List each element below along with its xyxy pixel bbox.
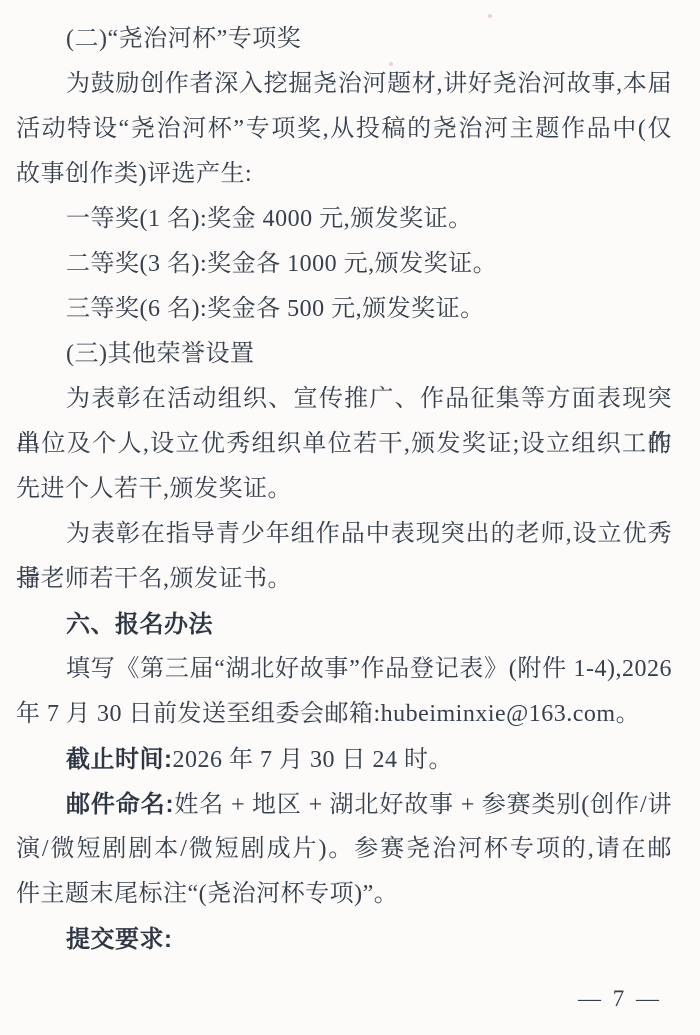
scan-speck [389,62,393,66]
text-segment: 为鼓励创作者深入挖掘尧治河题材,讲好尧治河故事,本届 [66,71,672,97]
text-segment: 二等奖(3 名):奖金各 1000 元,颁发奖证。 [66,251,497,277]
text-segment: 导老师若干名,颁发证书。 [16,566,292,592]
text-line: 一等奖(1 名):奖金 4000 元,颁发奖证。 [16,197,672,242]
text-segment: 故事创作类)评选产生: [16,161,252,187]
scan-speck [488,14,492,18]
document-page: (二)“尧治河杯”专项奖为鼓励创作者深入挖掘尧治河题材,讲好尧治河故事,本届活动… [0,0,700,1035]
text-line: 填写《第三届“湖北好故事”作品登记表》(附件 1-4),2026 [16,647,672,692]
text-line: 邮件命名:姓名 + 地区 + 湖北好故事 + 参赛类别(创作/讲 [16,782,672,827]
page-number: — 7 — [578,986,662,1012]
text-segment: 活动特设“尧治河杯”专项奖,从投稿的尧治河主题作品中(仅 [16,116,672,142]
text-line: 提交要求: [16,917,672,962]
bold-label: 六、报名办法 [66,611,213,638]
text-segment: (三)其他荣誉设置 [66,341,254,367]
text-line: (三)其他荣誉设置 [16,332,672,377]
document-lines: (二)“尧治河杯”专项奖为鼓励创作者深入挖掘尧治河题材,讲好尧治河故事,本届活动… [0,0,700,962]
text-segment: 年 7 月 30 日前发送至组委会邮箱:hubeiminxie@163.com。 [16,701,640,727]
text-segment: 演/微短剧剧本/微短剧成片)。参赛尧治河杯专项的,请在邮 [16,836,672,862]
bold-label: 提交要求: [66,926,173,953]
text-segment: 单位及个人,设立优秀组织单位若干,颁发奖证;设立组织工作 [16,431,672,457]
text-line: 六、报名办法 [16,602,672,647]
text-segment: 2026 年 7 月 30 日 24 时。 [173,747,454,773]
text-segment: 填写《第三届“湖北好故事”作品登记表》(附件 1-4),2026 [66,656,672,682]
text-line: 件主题末尾标注“(尧治河杯专项)”。 [16,872,672,917]
text-line: 三等奖(6 名):奖金各 500 元,颁发奖证。 [16,287,672,332]
text-line: (二)“尧治河杯”专项奖 [16,17,672,62]
text-line: 为表彰在指导青少年组作品中表现突出的老师,设立优秀指 [16,512,672,557]
text-segment: (二)“尧治河杯”专项奖 [66,26,301,52]
text-segment: 三等奖(6 名):奖金各 500 元,颁发奖证。 [66,296,485,322]
text-line: 截止时间:2026 年 7 月 30 日 24 时。 [16,737,672,782]
text-segment: 一等奖(1 名):奖金 4000 元,颁发奖证。 [66,206,473,232]
text-line: 演/微短剧剧本/微短剧成片)。参赛尧治河杯专项的,请在邮 [16,827,672,872]
text-line: 为表彰在活动组织、宣传推广、作品征集等方面表现突出的 [16,377,672,422]
text-line: 活动特设“尧治河杯”专项奖,从投稿的尧治河主题作品中(仅 [16,107,672,152]
bold-label: 邮件命名: [66,791,174,818]
text-segment: 姓名 + 地区 + 湖北好故事 + 参赛类别(创作/讲 [174,792,672,818]
bold-label: 截止时间: [66,746,173,773]
text-line: 单位及个人,设立优秀组织单位若干,颁发奖证;设立组织工作 [16,422,672,467]
text-line: 故事创作类)评选产生: [16,152,672,197]
text-line: 先进个人若干,颁发奖证。 [16,467,672,512]
text-segment: 件主题末尾标注“(尧治河杯专项)”。 [16,881,398,907]
text-line: 年 7 月 30 日前发送至组委会邮箱:hubeiminxie@163.com。 [16,692,672,737]
text-line: 为鼓励创作者深入挖掘尧治河题材,讲好尧治河故事,本届 [16,62,672,107]
text-line: 二等奖(3 名):奖金各 1000 元,颁发奖证。 [16,242,672,287]
text-segment: 先进个人若干,颁发奖证。 [16,476,292,502]
text-line: 导老师若干名,颁发证书。 [16,557,672,602]
